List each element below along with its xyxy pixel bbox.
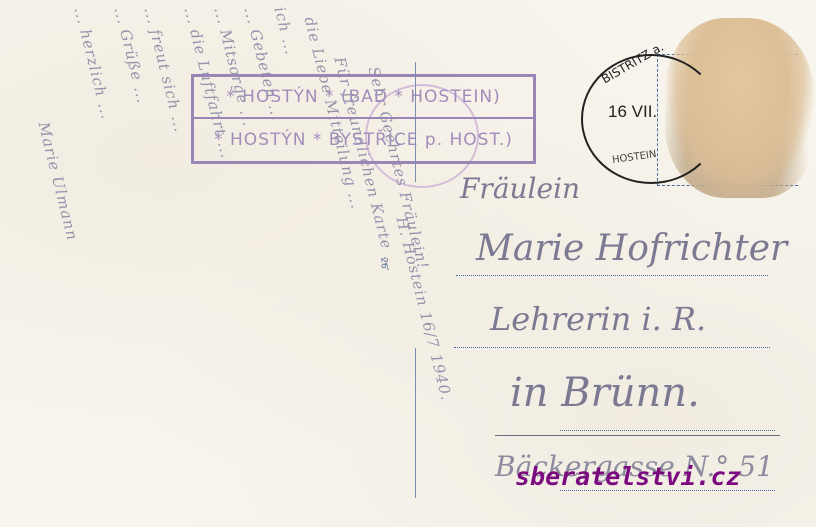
address-salutation: Fräulein [460, 172, 580, 205]
address-dotted-line [454, 347, 770, 348]
center-divider [415, 348, 416, 498]
serial-number: 26 [379, 257, 389, 268]
cachet-line-1: * HOSTÝN * (BAD * HOSTEIN) [194, 77, 533, 119]
postcard: H. Hostein 16/7 1940. Sehr Geehrtes Fräu… [0, 0, 816, 527]
postmark-date: 16 VII. [608, 102, 657, 122]
address-dotted-line [456, 275, 768, 276]
address-name: Marie Hofrichter [476, 228, 787, 269]
address-underline [495, 435, 780, 436]
message-line: Marie Ulmann [35, 120, 82, 243]
address-dotted-line [560, 430, 775, 431]
watermark-link[interactable]: sberatelstvi.cz [515, 462, 741, 491]
address-city: in Brünn. [510, 370, 700, 416]
message-line: ich ... [271, 5, 300, 57]
message-line: ... herzlich ... [71, 5, 116, 121]
center-divider [415, 62, 416, 182]
cachet-line-2: * HOSTÝN * BYSTŘICE p. HOST.) [194, 119, 533, 161]
address-title: Lehrerin i. R. [490, 300, 706, 338]
message-line: ... freut sich ... [141, 5, 190, 134]
rectangular-cachet-stamp: * HOSTÝN * (BAD * HOSTEIN) * HOSTÝN * BY… [191, 74, 536, 164]
